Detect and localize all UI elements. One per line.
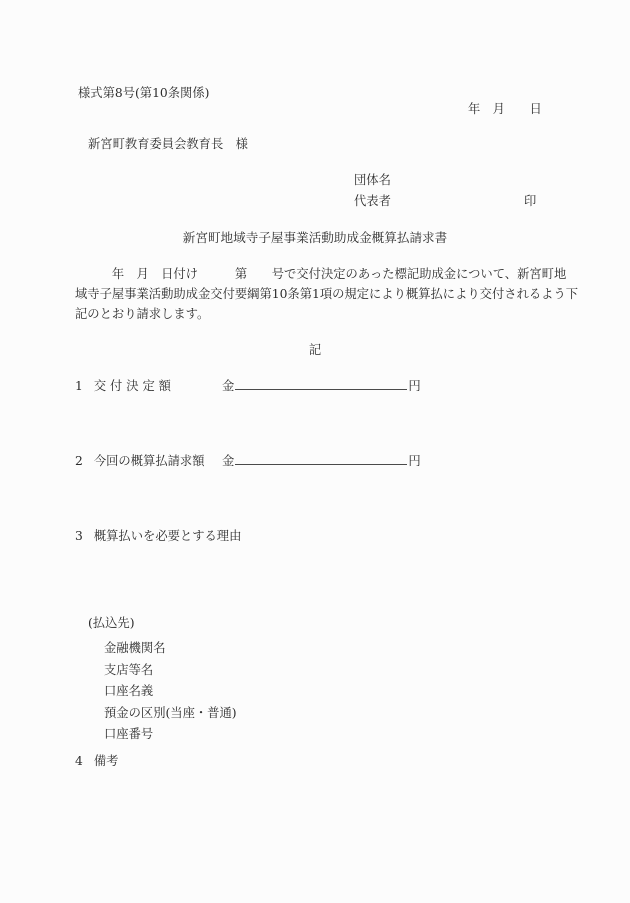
- amount-suffix: 円: [408, 379, 420, 393]
- item-number: 2: [75, 454, 83, 468]
- item-label: 備考: [94, 754, 119, 768]
- item-number: 4: [75, 754, 83, 768]
- payee-section-heading: (払込先): [88, 613, 135, 631]
- amount-field-grant-decision: 金円: [222, 376, 421, 394]
- item-number: 3: [75, 529, 83, 543]
- item-label: 交 付 決 定 額: [94, 379, 171, 393]
- payee-field-bank-name: 金融機関名: [104, 638, 166, 656]
- seal-mark: 印: [524, 191, 536, 209]
- document-title: 新宮町地域寺子屋事業活動助成金概算払請求書: [0, 227, 630, 246]
- record-marker: 記: [0, 340, 630, 358]
- payee-field-branch-name: 支店等名: [104, 660, 153, 678]
- amount-suffix: 円: [408, 454, 420, 468]
- item-label: 今回の概算払請求額: [94, 454, 205, 468]
- item-label: 概算払いを必要とする理由: [94, 529, 242, 543]
- form-number: 様式第8号(第10条関係): [78, 83, 209, 101]
- item-number: 1: [75, 379, 83, 393]
- organization-name-label: 団体名: [354, 170, 391, 188]
- amount-field-provisional-payment: 金円: [222, 451, 421, 469]
- form-page: 様式第8号(第10条関係) 年 月 日 新宮町教育委員会教育長 様 団体名 代表…: [0, 0, 630, 903]
- addressee-line: 新宮町教育委員会教育長 様: [88, 134, 248, 152]
- payee-field-deposit-type: 預金の区別(当座・普通): [104, 703, 237, 721]
- amount-blank-line: [235, 377, 407, 390]
- amount-blank-line: [235, 452, 407, 465]
- item-reason-for-provisional-payment: 3概算払いを必要とする理由: [75, 526, 595, 544]
- payee-field-account-holder: 口座名義: [104, 681, 153, 699]
- payee-field-account-number: 口座番号: [104, 724, 153, 742]
- item-remarks: 4備考: [75, 751, 595, 769]
- representative-label: 代表者: [354, 191, 391, 209]
- date-placeholder-line: 年 月 日: [468, 99, 542, 117]
- amount-prefix: 金: [222, 454, 234, 468]
- amount-prefix: 金: [222, 379, 234, 393]
- body-paragraph: 年 月 日付け 第 号で交付決定のあった標記助成金について、新宮町地 域寺子屋事…: [75, 264, 575, 324]
